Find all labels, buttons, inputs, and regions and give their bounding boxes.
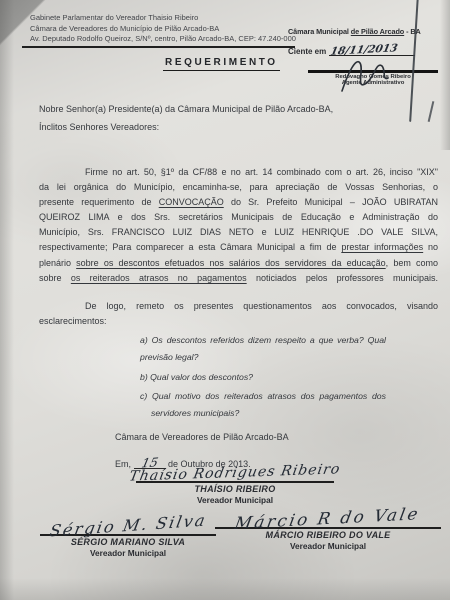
text-line: respectivamente; Para comparecer a esta … xyxy=(39,240,438,255)
letterhead: Gabinete Parlamentar do Vereador Thaisio… xyxy=(30,13,320,45)
signature-block-right: Márcio R do Vale MÁRCIO RIBEIRO DO VALE … xyxy=(213,509,443,551)
questions-list: a) Os descontos referidos dizem respeito… xyxy=(140,332,386,425)
paper-left-edge-shadow xyxy=(0,0,14,600)
text-line: Município, Srs. FRANCISCO LUIZ DIAS NETO… xyxy=(39,225,438,240)
signer-role: Vereador Municipal xyxy=(128,495,342,505)
body-paragraph-2: De logo, remeto os presentes questioname… xyxy=(39,299,438,329)
text-line: a) Os descontos referidos dizem respeito… xyxy=(140,332,386,349)
salutation-line: Ínclitos Senhores Vereadores: xyxy=(39,119,333,137)
text-line: esclarecimentos: xyxy=(39,314,438,329)
signature-block-left: Sérgio M. Silva SÉRGIO MARIANO SILVA Ver… xyxy=(28,516,228,558)
handwritten-signature-main: Thaísio Rodrigues Ribeiro xyxy=(128,461,342,484)
document-photo: Gabinete Parlamentar do Vereador Thaisio… xyxy=(0,0,450,600)
text-line: presente requerimento de CONVOCAÇÃO do S… xyxy=(39,195,438,210)
letterhead-rule xyxy=(22,46,295,48)
text-line: c) Qual motivo dos reiterados atrasos do… xyxy=(140,388,386,405)
stamp-signature-scribble xyxy=(332,51,402,97)
question-b: b) Qual valor dos descontos? xyxy=(140,369,386,386)
document-title: REQUERIMENTO xyxy=(163,57,280,71)
body-paragraph-1: Firme no art. 50, §1º da CF/88 e no art.… xyxy=(39,165,438,286)
signer-name: THAÍSIO RIBEIRO xyxy=(128,484,342,494)
text-line: plenário sobre os descontos efetuados no… xyxy=(39,256,438,271)
text-line: servidores municipais? xyxy=(140,405,386,422)
signature-block-main: Thaísio Rodrigues Ribeiro THAÍSIO RIBEIR… xyxy=(128,464,342,505)
letterhead-line: Câmara de Vereadores do Município de Pil… xyxy=(30,24,320,35)
closing-place: Câmara de Vereadores de Pilão Arcado-BA xyxy=(115,432,289,442)
paper-bottom-edge-shadow xyxy=(0,578,450,600)
stamp-title: Câmara Municipal de Pilão Arcado - BA xyxy=(288,27,446,36)
text-line: De logo, remeto os presentes questioname… xyxy=(39,299,438,314)
signer-role: Vereador Municipal xyxy=(28,548,228,558)
question-a: a) Os descontos referidos dizem respeito… xyxy=(140,332,386,366)
letterhead-line: Gabinete Parlamentar do Vereador Thaisio… xyxy=(30,13,320,24)
pen-mark-small xyxy=(428,101,434,122)
text-line: da lei orgânica do Município, encaminha-… xyxy=(39,180,438,195)
question-c: c) Qual motivo dos reiterados atrasos do… xyxy=(140,388,386,422)
text-line: Firme no art. 50, §1º da CF/88 e no art.… xyxy=(39,165,438,180)
text-line: QUEIROZ LIMA e dos Srs. secretários Muni… xyxy=(39,210,438,225)
handwritten-signature-left: Sérgio M. Silva xyxy=(48,511,208,541)
salutation-line: Nobre Senhor(a) Presidente(a) da Câmara … xyxy=(39,101,333,119)
handwritten-signature-right: Márcio R do Vale xyxy=(234,504,422,533)
text-line: previsão legal? xyxy=(140,349,386,366)
text-line: sobre os reiterados atrasos no pagamento… xyxy=(39,271,438,286)
letterhead-line: Av. Deputado Rodolfo Queiroz, S/Nº, cent… xyxy=(30,34,320,45)
signer-role: Vereador Municipal xyxy=(213,541,443,551)
received-stamp: Câmara Municipal de Pilão Arcado - BA Ci… xyxy=(288,27,446,86)
text-line: b) Qual valor dos descontos? xyxy=(140,369,386,386)
salutation: Nobre Senhor(a) Presidente(a) da Câmara … xyxy=(39,101,333,136)
